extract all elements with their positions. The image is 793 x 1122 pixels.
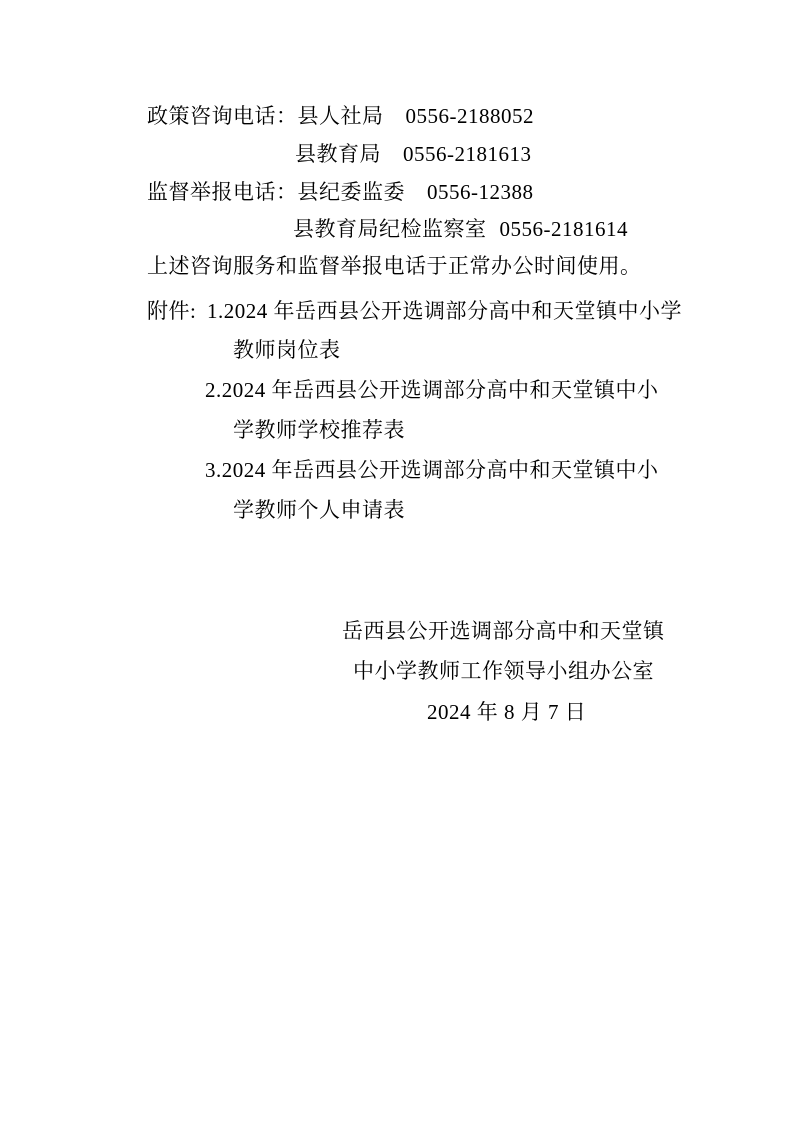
supervision-phone-line-1: 监督举报电话：县纪委监委0556-12388 [147, 180, 534, 204]
attachment-item-2-number: 2. [205, 378, 222, 402]
attachment-item-2-line-1: 2.2024 年岳西县公开选调部分高中和天堂镇中小 [205, 378, 659, 402]
supervision-phone-number-2: 0556-2181614 [500, 217, 629, 241]
attachment-item-3-title: 2024 年岳西县公开选调部分高中和天堂镇中小 [222, 458, 659, 482]
attachments-label: 附件: [147, 299, 196, 323]
policy-phone-number-2: 0556-2181613 [403, 142, 532, 166]
supervision-phone-number-1: 0556-12388 [427, 180, 534, 204]
policy-org-1: 县人社局 [298, 104, 384, 128]
attachment-item-3-line-1: 3.2024 年岳西县公开选调部分高中和天堂镇中小 [205, 458, 659, 482]
signature-date: 2024 年 8 月 7 日 [427, 700, 586, 724]
attachment-item-3-number: 3. [205, 458, 222, 482]
policy-phone-line-1: 政策咨询电话：县人社局0556-2188052 [147, 104, 534, 128]
attachment-item-3-line-2: 学教师个人申请表 [233, 498, 405, 522]
attachment-item-1-title: 2024 年岳西县公开选调部分高中和天堂镇中小学 [224, 299, 682, 323]
policy-phone-line-2: 县教育局0556-2181613 [295, 142, 532, 166]
supervision-phone-label: 监督举报电话： [147, 180, 298, 204]
signature-org-line-2: 中小学教师工作领导小组办公室 [353, 659, 654, 683]
document-page: 政策咨询电话：县人社局0556-2188052 县教育局0556-2181613… [0, 0, 793, 1122]
supervision-phone-line-2: 县教育局纪检监察室0556-2181614 [293, 217, 628, 241]
attachment-item-1-line-2: 教师岗位表 [233, 338, 341, 362]
signature-org-line-1: 岳西县公开选调部分高中和天堂镇 [342, 619, 665, 643]
supervision-org-1: 县纪委监委 [298, 180, 406, 204]
attachment-item-1-line-1: 1.2024 年岳西县公开选调部分高中和天堂镇中小学 [207, 299, 682, 323]
phone-usage-note: 上述咨询服务和监督举报电话于正常办公时间使用。 [147, 254, 642, 278]
supervision-org-2: 县教育局纪检监察室 [293, 217, 487, 241]
policy-org-2: 县教育局 [295, 142, 381, 166]
policy-phone-label: 政策咨询电话： [147, 104, 298, 128]
policy-phone-number-1: 0556-2188052 [406, 104, 535, 128]
attachment-item-2-title: 2024 年岳西县公开选调部分高中和天堂镇中小 [222, 378, 659, 402]
attachment-item-2-line-2: 学教师学校推荐表 [233, 418, 405, 442]
attachment-item-1-number: 1. [207, 299, 224, 323]
